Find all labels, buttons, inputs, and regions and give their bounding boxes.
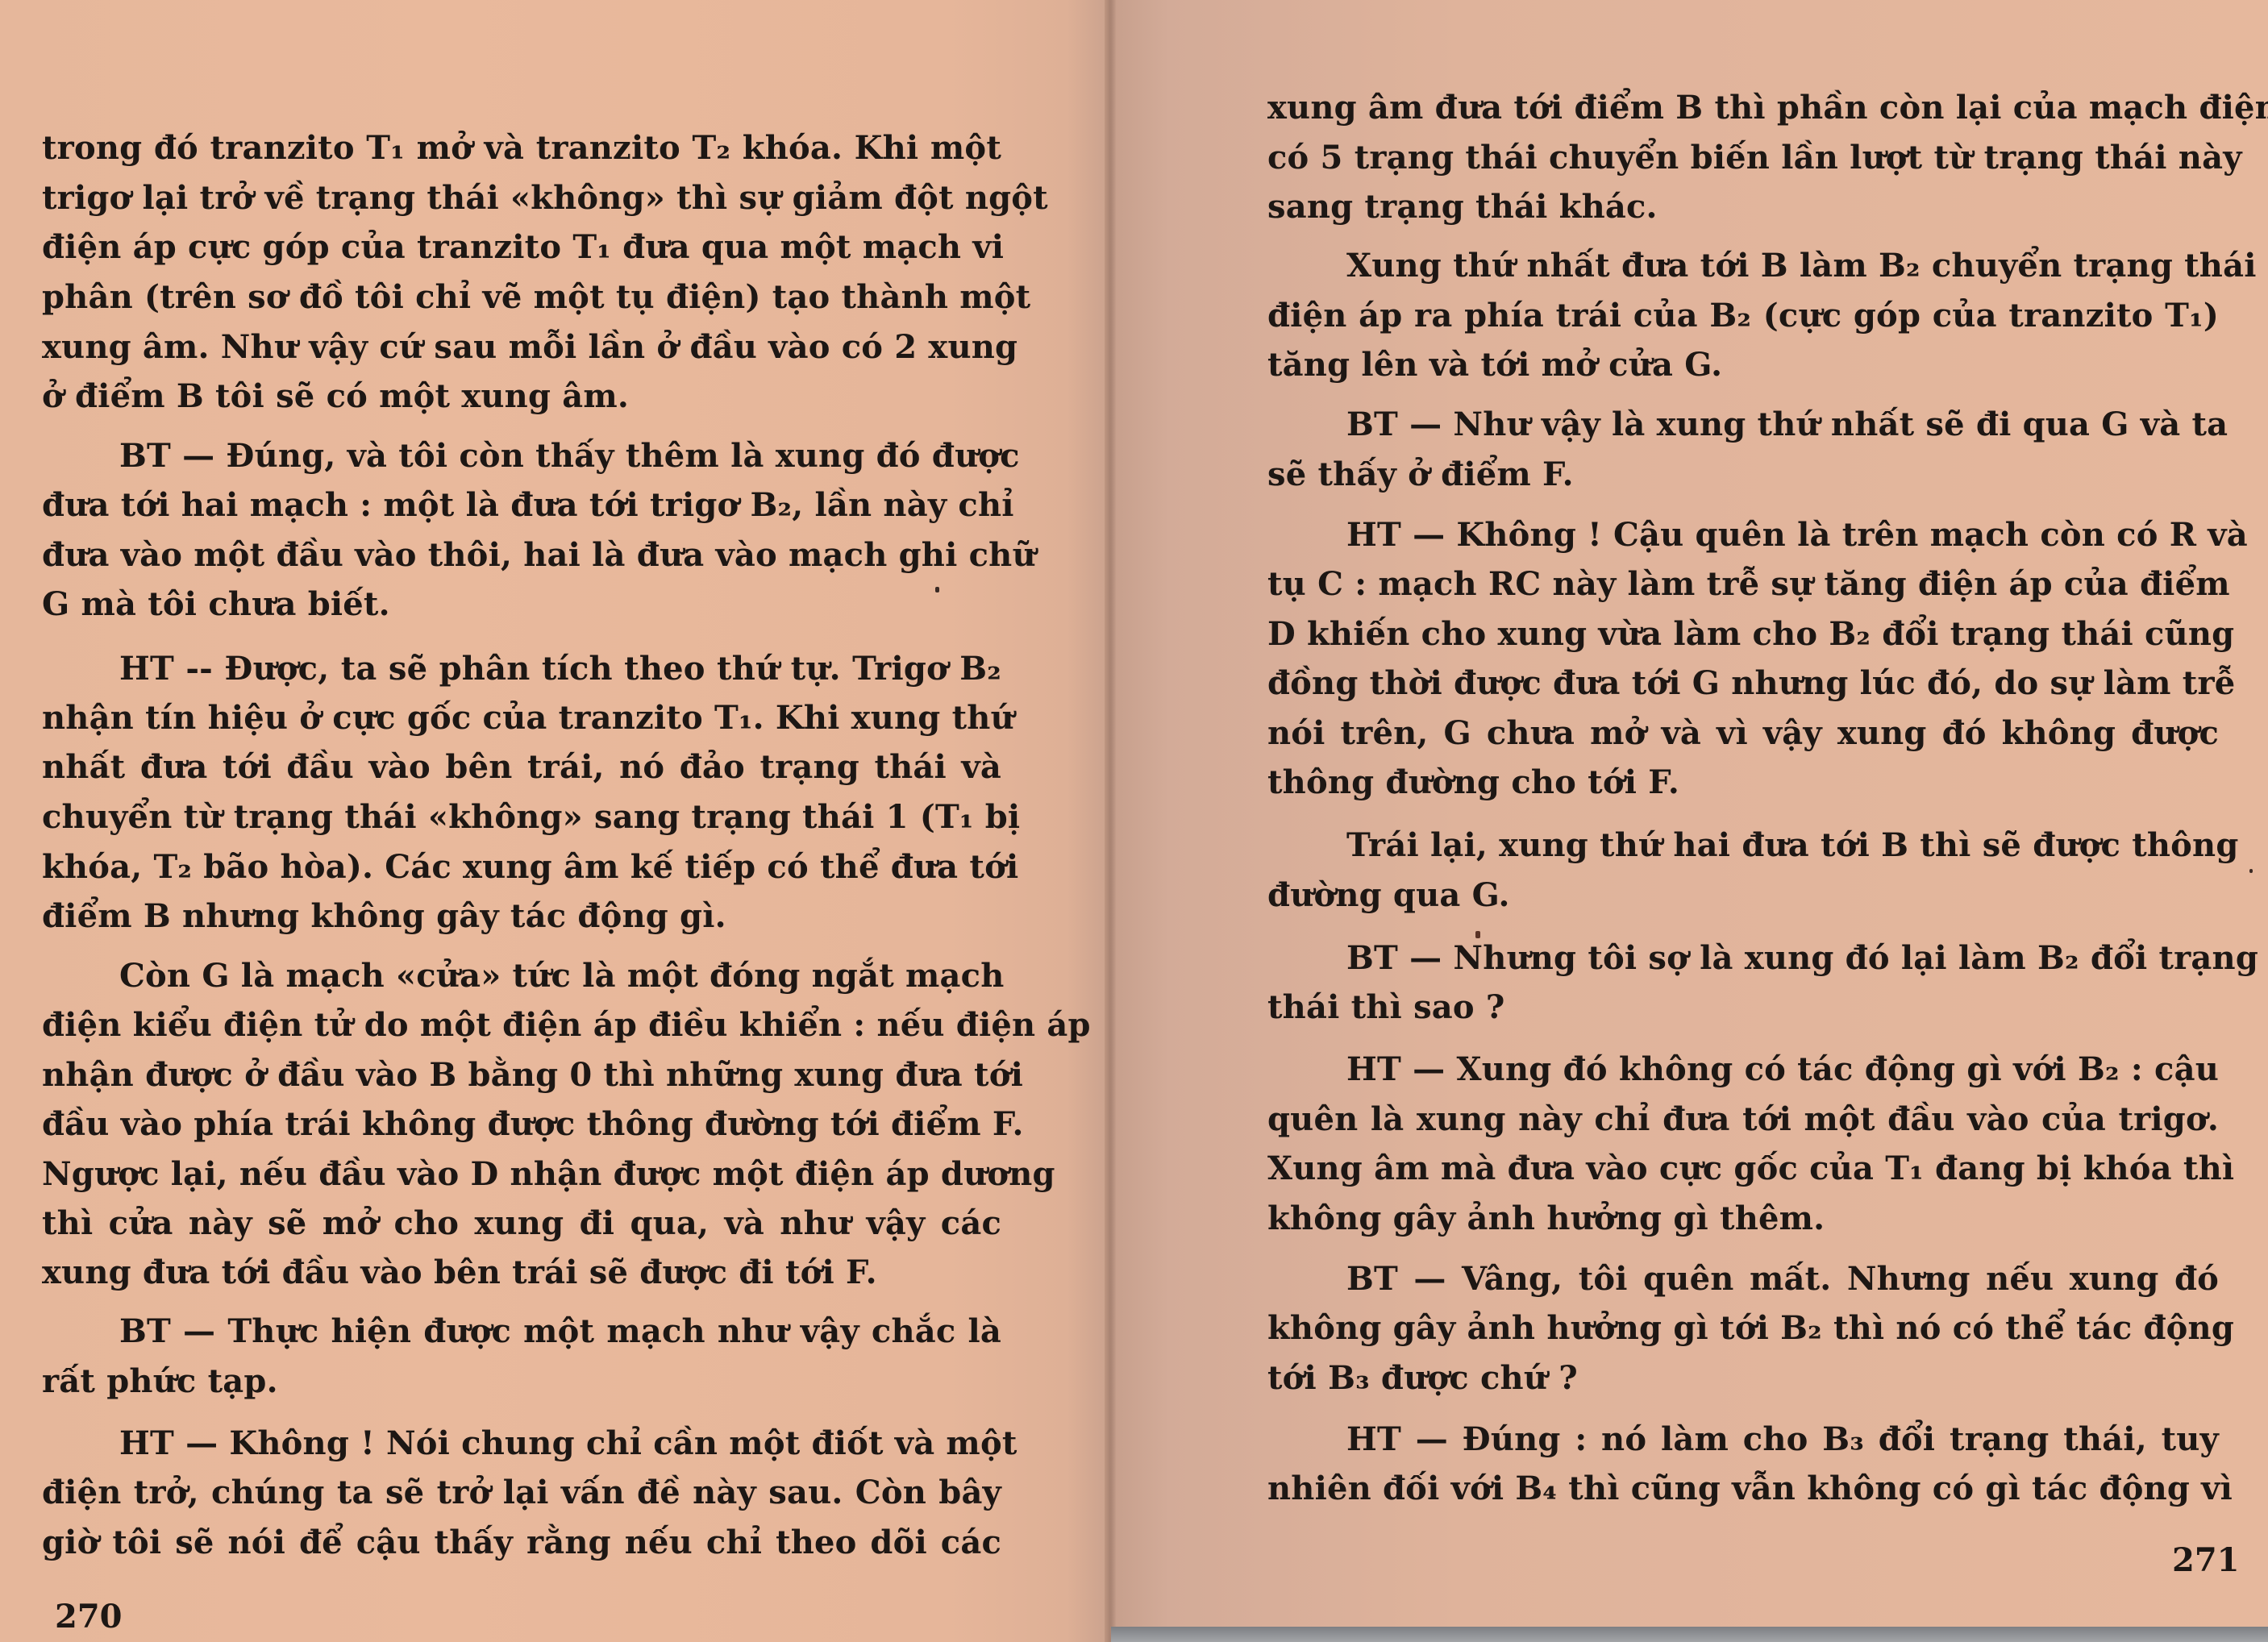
text-line: đưa tới hai mạch : một là đưa tới trigơ … (42, 486, 1001, 525)
text-line: ở điểm B tôi sẽ có một xung âm. (42, 377, 1001, 416)
text-line: BT — Đúng, và tôi còn thấy thêm là xung … (119, 437, 1001, 476)
text-line: G mà tôi chưa biết. (42, 585, 1001, 624)
text-line: nhất đưa tới đầu vào bên trái, nó đảo tr… (42, 748, 1001, 787)
text-line: sang trạng thái khác. (1267, 188, 2219, 227)
text-line: sẽ thấy ở điểm F. (1267, 455, 2219, 494)
text-line: nói trên, G chưa mở và vì vậy xung đó kh… (1267, 714, 2219, 753)
text-line: HT — Không ! Cậu quên là trên mạch còn c… (1346, 516, 2219, 555)
text-line: tăng lên và tới mở cửa G. (1267, 346, 2219, 385)
text-line: BT — Như vậy là xung thứ nhất sẽ đi qua … (1346, 405, 2219, 444)
paper-speck (935, 587, 939, 592)
text-line: đưa vào một đầu vào thôi, hai là đưa vào… (42, 536, 1001, 575)
text-line: nhận được ở đầu vào B bằng 0 thì những x… (42, 1056, 1001, 1095)
text-line: trigơ lại trở về trạng thái «không» thì … (42, 179, 1001, 218)
text-line: tới B₃ được chứ ? (1267, 1359, 2219, 1398)
text-line: chuyển từ trạng thái «không» sang trạng … (42, 798, 1001, 837)
text-line: điện áp ra phía trái của B₂ (cực góp của… (1267, 297, 2219, 335)
text-line: rất phức tạp. (42, 1362, 1001, 1401)
paper-speck (1475, 931, 1480, 938)
text-line: Trái lại, xung thứ hai đưa tới B thì sẽ … (1346, 826, 2219, 865)
text-line: tụ C : mạch RC này làm trễ sự tăng điện … (1267, 565, 2219, 604)
text-line: xung đưa tới đầu vào bên trái sẽ được đi… (42, 1253, 1001, 1292)
text-line: điểm B nhưng không gây tác động gì. (42, 897, 1001, 936)
text-line: không gây ảnh hưởng gì thêm. (1267, 1199, 2219, 1238)
text-line: thông đường cho tới F. (1267, 763, 2219, 802)
text-line: HT -- Được, ta sẽ phân tích theo thứ tự.… (119, 650, 1001, 688)
text-line: giờ tôi sẽ nói để cậu thấy rằng nếu chỉ … (42, 1524, 1001, 1562)
text-line: HT — Xung đó không có tác động gì với B₂… (1346, 1050, 2219, 1089)
text-line: nhiên đối với B₄ thì cũng vẫn không có g… (1267, 1469, 2219, 1508)
text-line: thì cửa này sẽ mở cho xung đi qua, và nh… (42, 1204, 1001, 1243)
text-line: không gây ảnh hưởng gì tới B₂ thì nó có … (1267, 1309, 2219, 1348)
text-line: khóa, T₂ bão hòa). Các xung âm kế tiếp c… (42, 848, 1001, 887)
text-line: Ngược lại, nếu đầu vào D nhận được một đ… (42, 1155, 1001, 1194)
text-line: xung âm đưa tới điểm B thì phần còn lại … (1267, 89, 2219, 127)
text-line: BT — Vâng, tôi quên mất. Nhưng nếu xung … (1346, 1260, 2219, 1299)
text-line: có 5 trạng thái chuyển biến lần lượt từ … (1267, 139, 2219, 177)
text-line: thái thì sao ? (1267, 988, 2219, 1027)
text-line: quên là xung này chỉ đưa tới một đầu vào… (1267, 1100, 2219, 1139)
text-line: điện áp cực góp của tranzito T₁ đưa qua … (42, 228, 1001, 267)
text-line: Xung thứ nhất đưa tới B làm B₂ chuyển tr… (1346, 247, 2219, 285)
text-line: HT — Không ! Nói chung chỉ cần một điốt … (119, 1424, 1001, 1463)
scanner-bed-edge (1111, 1627, 2268, 1642)
paper-speck (2249, 869, 2253, 873)
book-spine-gutter (1105, 0, 1116, 1642)
text-line: xung âm. Như vậy cứ sau mỗi lần ở đầu và… (42, 328, 1001, 367)
text-line: HT — Đúng : nó làm cho B₃ đổi trạng thái… (1346, 1420, 2219, 1459)
text-line: điện trở, chúng ta sẽ trở lại vấn đề này… (42, 1474, 1001, 1512)
text-line: đầu vào phía trái không được thông đường… (42, 1105, 1001, 1144)
text-line: phân (trên sơ đồ tôi chỉ vẽ một tụ điện)… (42, 278, 1001, 317)
page-number-left: 270 (55, 1598, 123, 1636)
text-line: Còn G là mạch «cửa» tức là một đóng ngắt… (119, 957, 1001, 996)
text-line: điện kiểu điện tử do một điện áp điều kh… (42, 1006, 1001, 1045)
text-line: đồng thời được đưa tới G nhưng lúc đó, d… (1267, 664, 2219, 703)
text-line: BT — Thực hiện được một mạch như vậy chắ… (119, 1312, 1001, 1351)
text-line: trong đó tranzito T₁ mở và tranzito T₂ k… (42, 129, 1001, 168)
text-line: đường qua G. (1267, 876, 2219, 915)
text-line: Xung âm mà đưa vào cực gốc của T₁ đang b… (1267, 1149, 2219, 1188)
page-number-right: 271 (2172, 1541, 2240, 1579)
text-line: nhận tín hiệu ở cực gốc của tranzito T₁.… (42, 699, 1001, 738)
text-line: BT — Nhưng tôi sợ là xung đó lại làm B₂ … (1346, 939, 2219, 978)
text-line: D khiến cho xung vừa làm cho B₂ đổi trạn… (1267, 615, 2219, 654)
